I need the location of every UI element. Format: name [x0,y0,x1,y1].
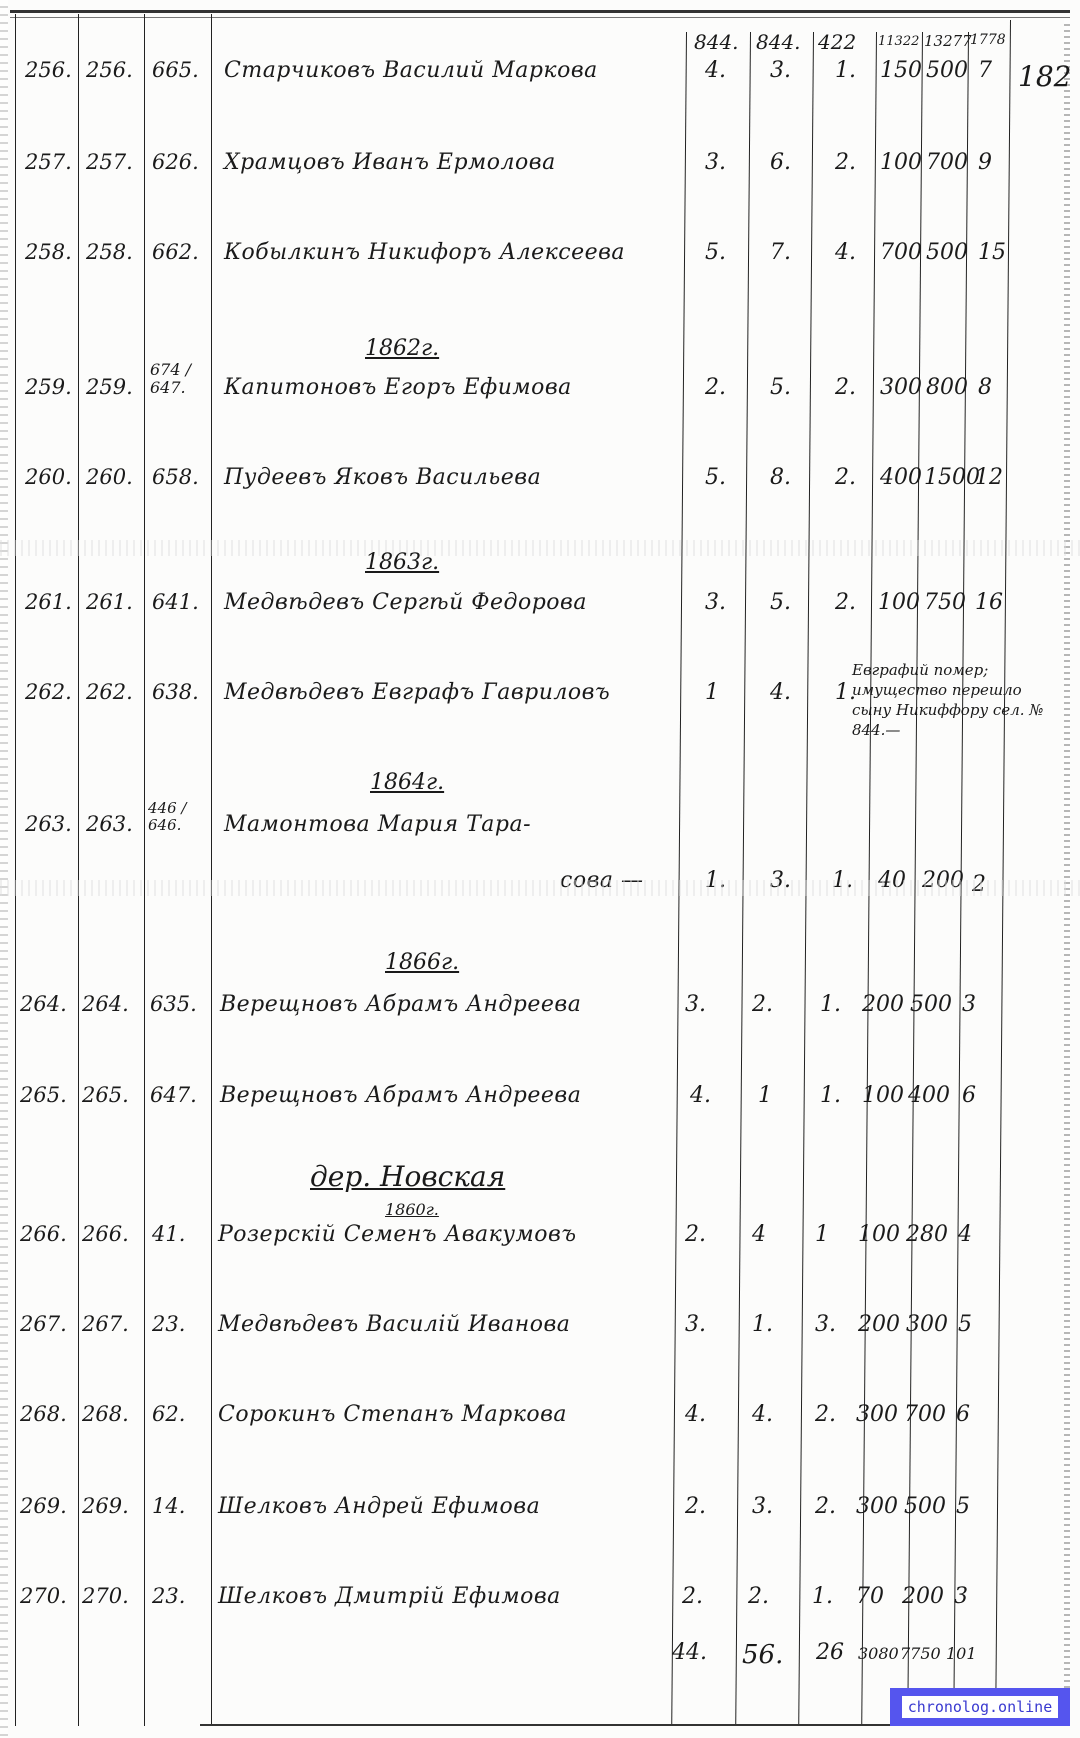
year-heading-1860: 1860г. [385,1200,439,1219]
row-number: 268. [20,1402,67,1426]
value-col1: 2. [705,375,726,400]
row-number-2: 262. [86,680,133,704]
reference-number: 23. [152,1584,185,1608]
value-col6: 12 [975,465,1003,490]
row-number: 256. [25,58,72,82]
person-name: Верещновъ Абрамъ Андреева [220,992,581,1017]
value-col2: 5. [770,375,791,400]
margin-note: Евграфий помер; имущество перешло сыну Н… [852,660,1062,740]
value-col1: 3. [685,1312,706,1337]
person-name: Пудеевъ Яковъ Васильева [224,465,541,490]
value-col2: 4. [752,1402,773,1427]
value-col4: 200 [862,992,904,1017]
value-col5: 500 [926,58,968,83]
value-col6: 6 [962,1083,976,1108]
value-col2: 4. [770,680,791,705]
row-number: 269. [20,1494,67,1518]
person-name: Шелковъ Андрей Ефимова [218,1494,540,1519]
carried-forward-col5: 13277 [924,32,972,50]
value-col4: 70 [856,1584,884,1609]
person-name: Медвѣдевъ Василій Иванова [218,1312,570,1337]
person-name: Медвѣдевъ Сергѣй Федорова [224,590,587,615]
person-name: Капитоновъ Егоръ Ефимова [224,375,572,400]
value-col6: 6 [956,1402,970,1427]
carried-forward-col2: 844. [756,30,801,54]
value-col3: 1. [820,1083,841,1108]
year-heading-1862: 1862г. [365,336,439,361]
ledger-row: 257. 257. 626. Храмцовъ Иванъ Ермолова 3… [0,150,1080,190]
ledger-page: 844. 844. 422 11322 13277 1778 182 256. … [0,0,1080,1738]
village-heading: дер. Новская [310,1160,505,1193]
row-number-2: 265. [82,1083,129,1107]
value-col6: 9 [978,150,992,175]
value-col5: 500 [926,240,968,265]
person-name: Храмцовъ Иванъ Ермолова [224,150,556,175]
value-col5: 500 [904,1494,946,1519]
year-heading-1864: 1864г. [370,770,444,795]
value-col4: 300 [880,375,922,400]
value-col2: 3. [770,58,791,83]
carried-forward-col6: 1778 [970,32,1006,48]
person-name: Мамонтова Мария Тара- [224,812,531,837]
total-col1: 44. [672,1640,707,1665]
watermark-badge: chronolog.online [890,1688,1070,1726]
reference-number: 658. [152,465,199,489]
person-name: Медвѣдевъ Евграфъ Гавриловъ [224,680,610,705]
value-col6: 15 [978,240,1006,265]
reference-number: 635. [150,992,197,1016]
value-col1: 2. [685,1494,706,1519]
value-col3: 1. [812,1584,833,1609]
row-number: 267. [20,1312,67,1336]
reference-number: 446 / 646. [148,800,208,834]
value-col6: 7 [978,58,992,83]
ledger-row: 256. 256. 665. Старчиковъ Василий Марков… [0,58,1080,98]
value-col6: 5 [956,1494,970,1519]
row-number-2: 266. [82,1222,129,1246]
value-col4: 100 [858,1222,900,1247]
person-name: Старчиковъ Василий Маркова [224,58,598,83]
row-number-2: 267. [82,1312,129,1336]
value-col4: 100 [878,590,920,615]
row-number: 257. [25,150,72,174]
ledger-row: 260. 260. 658. Пудеевъ Яковъ Васильева 5… [0,465,1080,505]
value-col3: 2. [835,465,856,490]
reference-number: 662. [152,240,199,264]
value-col3: 1. [820,992,841,1017]
row-number: 261. [25,590,72,614]
scan-noise [0,880,1080,896]
ledger-row: 259. 259. 674 / 647. Капитоновъ Егоръ Еф… [0,375,1080,415]
row-number: 258. [25,240,72,264]
value-col5: 700 [904,1402,946,1427]
ledger-row: 268. 268. 62. Сорокинъ Степанъ Маркова 4… [0,1402,1080,1442]
reference-number: 674 / 647. [150,361,205,397]
value-col5: 500 [910,992,952,1017]
reference-number: 14. [152,1494,185,1518]
value-col1: 3. [705,150,726,175]
person-name: Верещновъ Абрамъ Андреева [220,1083,581,1108]
value-col1: 2. [682,1584,703,1609]
reference-number: 626. [152,150,199,174]
value-col6: 3 [962,992,976,1017]
ledger-row: 264. 264. 635. Верещновъ Абрамъ Андреева… [0,992,1080,1032]
value-col3: 3. [815,1312,836,1337]
total-col2: 56. [742,1640,783,1670]
value-col5: 280 [906,1222,948,1247]
row-number: 264. [20,992,67,1016]
row-number: 263. [25,812,72,836]
carried-forward-col3: 422 [818,30,856,54]
row-number: 259. [25,375,72,399]
value-col2: 4 [752,1222,766,1247]
value-col3: 1. [835,58,856,83]
person-name: Кобылкинъ Никифоръ Алексеева [224,240,625,265]
value-col2: 2. [748,1584,769,1609]
row-number-2: 259. [86,375,133,399]
row-number-2: 263. [86,812,133,836]
value-col2: 3. [752,1494,773,1519]
value-col4: 400 [880,465,922,490]
row-number: 265. [20,1083,67,1107]
value-col4: 300 [856,1402,898,1427]
row-number-2: 261. [86,590,133,614]
row-number: 260. [25,465,72,489]
value-col5: 1500 [924,465,980,490]
value-col6: 3 [954,1584,968,1609]
value-col6: 5 [958,1312,972,1337]
value-col2: 5. [770,590,791,615]
row-number-2: 268. [82,1402,129,1426]
reference-number: 41. [152,1222,185,1246]
row-number: 266. [20,1222,67,1246]
value-col3: 4. [835,240,856,265]
value-col1: 4. [685,1402,706,1427]
ledger-row: 269. 269. 14. Шелковъ Андрей Ефимова 2. … [0,1494,1080,1534]
value-col4: 200 [858,1312,900,1337]
value-col1: 5. [705,240,726,265]
bottom-rule [200,1724,970,1726]
row-number-2: 264. [82,992,129,1016]
carried-forward-col4: 11322 [878,34,919,49]
total-col5: 7750 [900,1644,941,1663]
ledger-row: 265. 265. 647. Верещновъ Абрамъ Андреева… [0,1083,1080,1123]
reference-number: 665. [152,58,199,82]
year-heading-1866: 1866г. [385,950,459,975]
row-number-2: 269. [82,1494,129,1518]
reference-number: 641. [152,590,199,614]
row-number-2: 257. [86,150,133,174]
value-col4: 150 [880,58,922,83]
row-number-2: 260. [86,465,133,489]
value-col3: 2. [815,1494,836,1519]
value-col3: 2. [835,150,856,175]
value-col2: 8. [770,465,791,490]
value-col1: 3. [685,992,706,1017]
ledger-row: 270. 270. 23. Шелковъ Дмитрій Ефимова 2.… [0,1584,1080,1624]
value-col4: 100 [862,1083,904,1108]
value-col4: 300 [856,1494,898,1519]
person-name: Розерскій Семенъ Авакумовъ [218,1222,577,1247]
top-border [10,10,1070,18]
person-name: Сорокинъ Степанъ Маркова [218,1402,567,1427]
value-col5: 800 [926,375,968,400]
watermark-text: chronolog.online [902,1696,1059,1718]
row-number: 262. [25,680,72,704]
value-col4: 100 [880,150,922,175]
value-col1: 5. [705,465,726,490]
row-number-2: 258. [86,240,133,264]
value-col2: 6. [770,150,791,175]
total-col3: 26 [816,1640,844,1665]
value-col1: 4. [705,58,726,83]
ledger-row: 261. 261. 641. Медвѣдевъ Сергѣй Федорова… [0,590,1080,630]
value-col2: 7. [770,240,791,265]
reference-number: 23. [152,1312,185,1336]
value-col2: 1. [752,1312,773,1337]
value-col1: 4. [690,1083,711,1108]
value-col5: 200 [902,1584,944,1609]
value-col6: 16 [975,590,1003,615]
value-col6: 4 [958,1222,972,1247]
ledger-row: 266. 266. 41. Розерскій Семенъ Авакумовъ… [0,1222,1080,1262]
reference-number: 638. [152,680,199,704]
ledger-row: 267. 267. 23. Медвѣдевъ Василій Иванова … [0,1312,1080,1352]
total-col6: 101 [946,1644,977,1663]
scan-noise [0,540,1080,556]
person-name: Шелковъ Дмитрій Ефимова [218,1584,561,1609]
reference-number: 647. [150,1083,197,1107]
value-col3: 2. [815,1402,836,1427]
value-col2: 1 [758,1083,772,1108]
row-number-2: 256. [86,58,133,82]
value-col1: 2. [685,1222,706,1247]
value-col3: 2. [835,375,856,400]
value-col2: 2. [752,992,773,1017]
total-col4: 3080 [858,1644,899,1663]
value-col3: 2. [835,590,856,615]
value-col1: 3. [705,590,726,615]
value-col5: 750 [924,590,966,615]
carried-forward-col1: 844. [694,30,739,54]
reference-number: 62. [152,1402,185,1426]
value-col5: 400 [908,1083,950,1108]
row-number: 270. [20,1584,67,1608]
year-heading-1863: 1863г. [365,550,439,575]
value-col3: 1 [815,1222,829,1247]
row-number-2: 270. [82,1584,129,1608]
value-col6: 8 [978,375,992,400]
value-col5: 300 [906,1312,948,1337]
ledger-row: 258. 258. 662. Кобылкинъ Никифоръ Алексе… [0,240,1080,280]
value-col4: 700 [880,240,922,265]
value-col1: 1 [705,680,719,705]
value-col5: 700 [926,150,968,175]
